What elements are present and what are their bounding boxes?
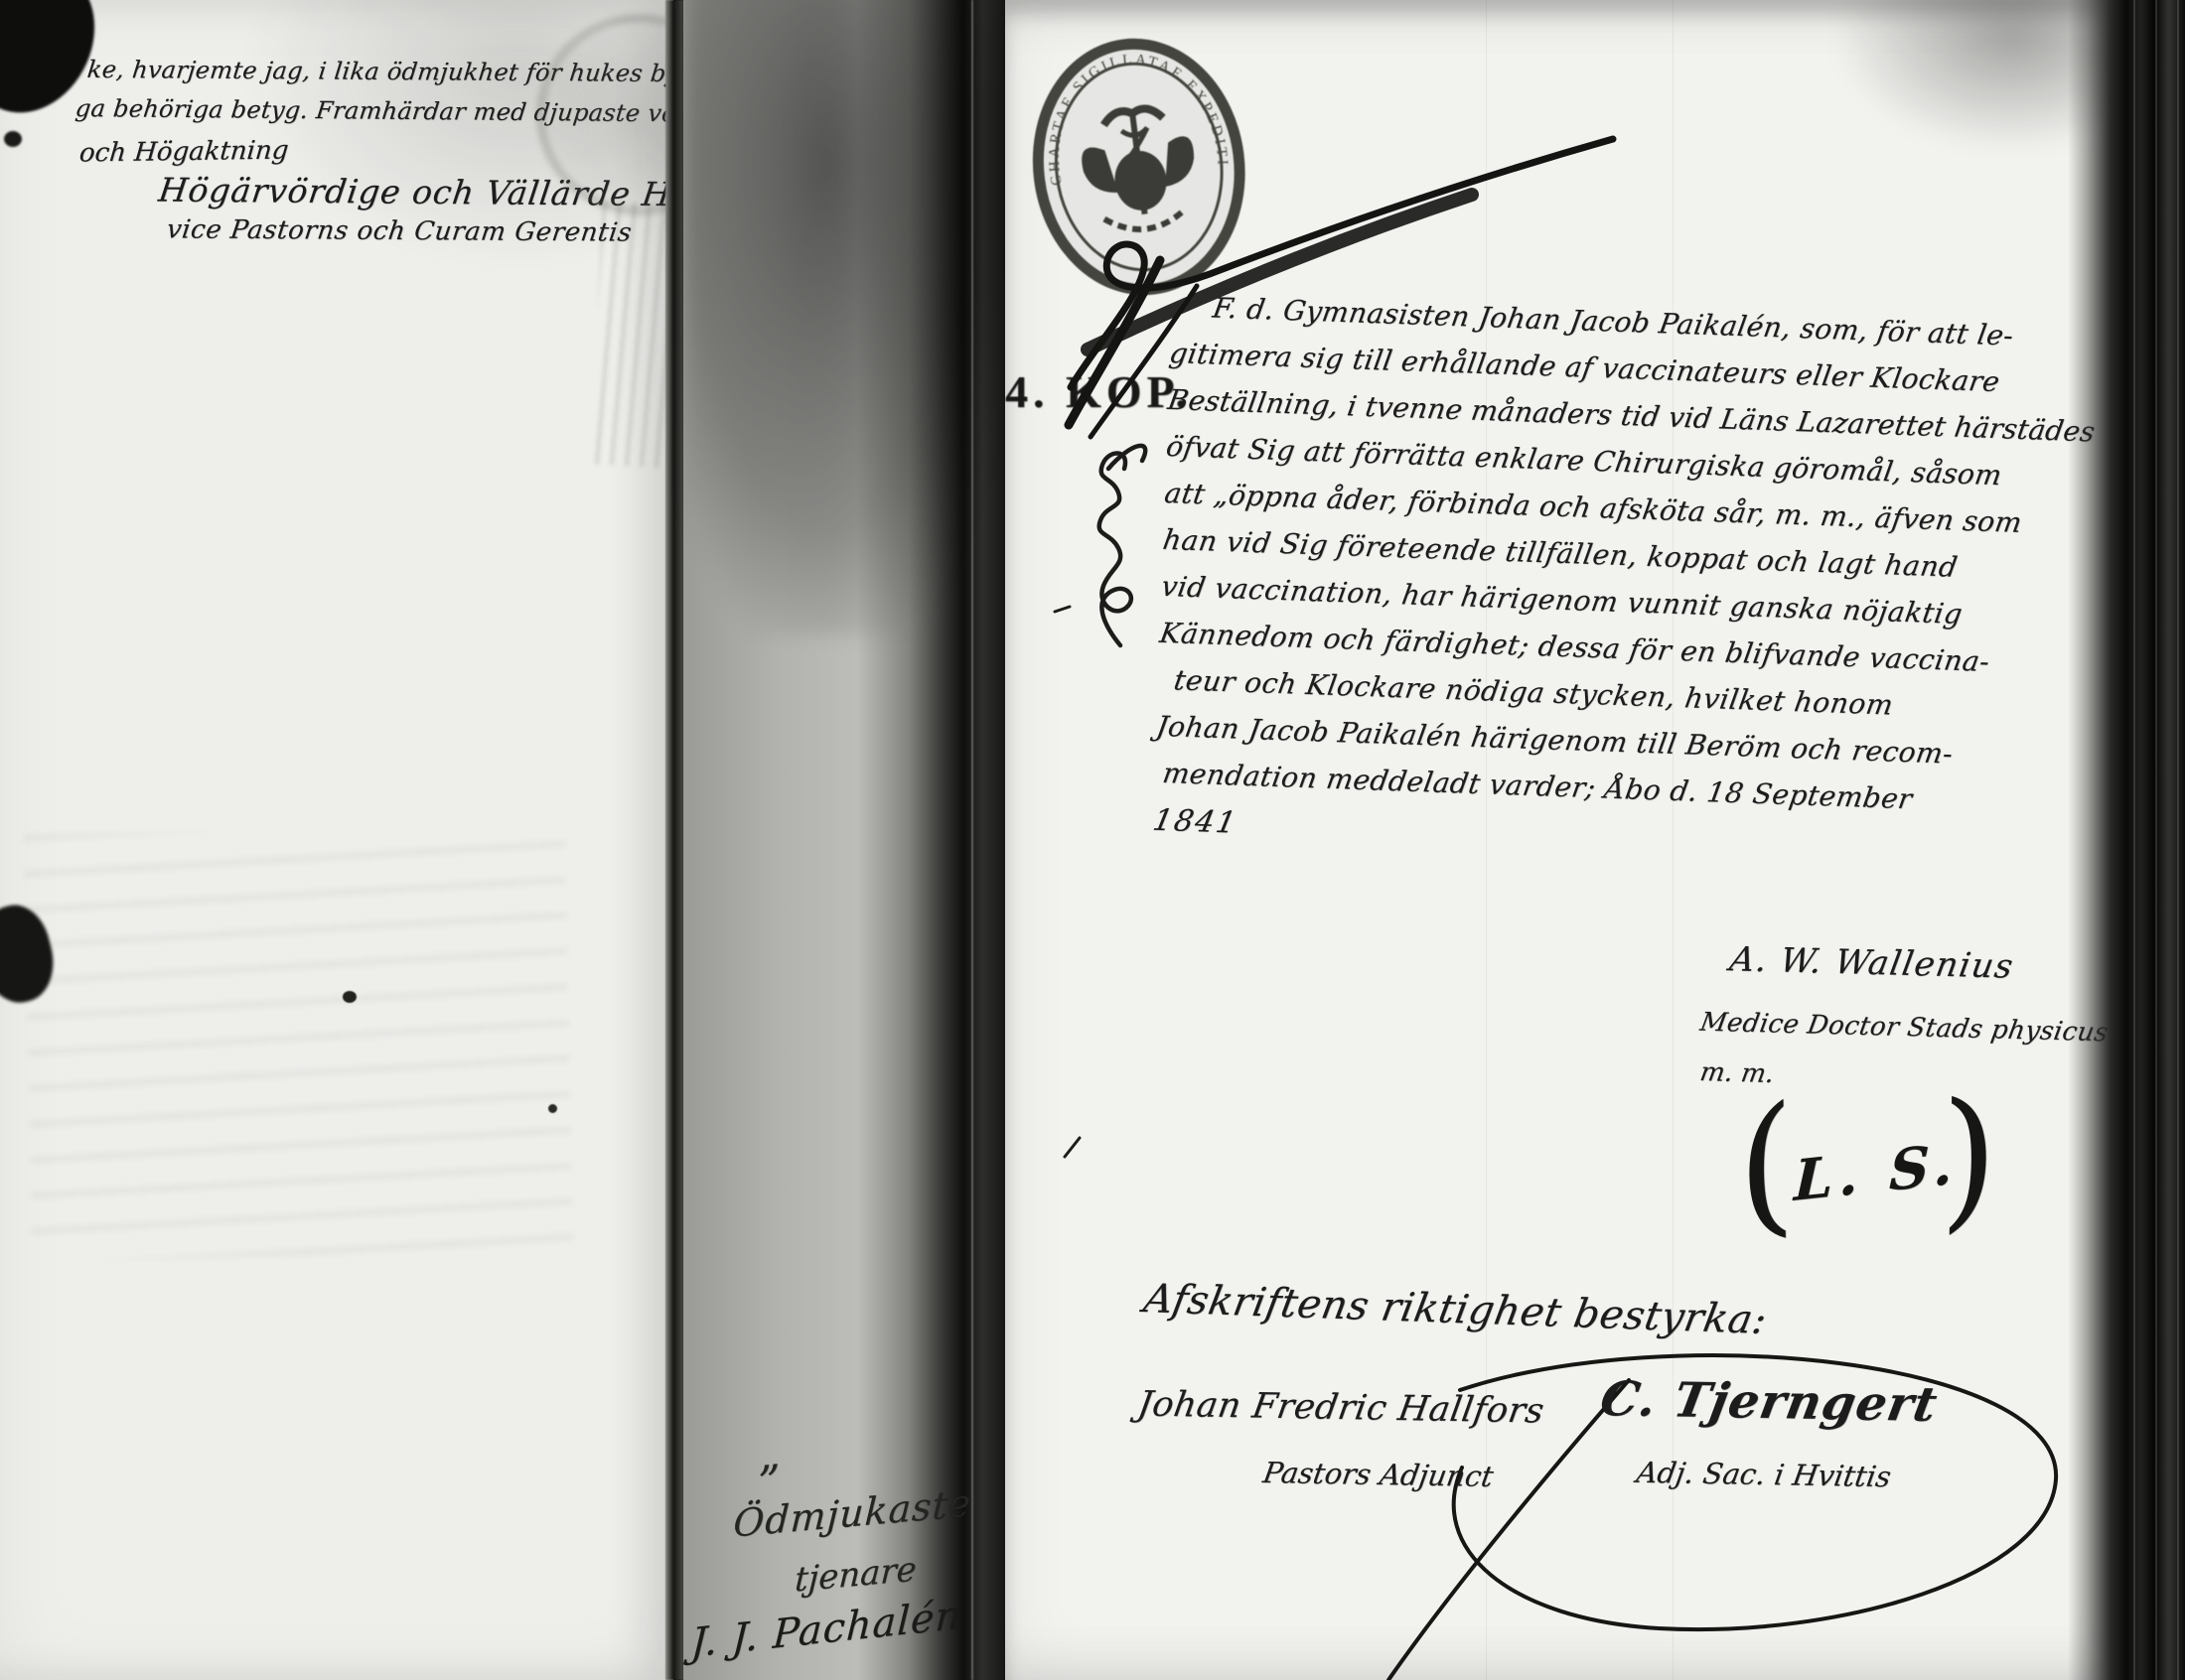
salutation-line: vice Pastorns och Curam Gerentis (165, 214, 634, 247)
certificate-body: F. d. Gymnasisten Johan Jacob Paikalén, … (1151, 290, 2144, 919)
official-stamp: CHARTAE SIGILLATAE EXPEDITIONEN (1015, 30, 1263, 318)
body-line-year: 1841 (1150, 803, 1240, 841)
body-line: teur och Klockare nödiga stycken, hvilke… (1172, 663, 1896, 721)
witness-signature: C. Tjerngert (1596, 1371, 1942, 1433)
ink-blot (4, 131, 22, 147)
document-scan: ke, hvarjemte jag, i lika ödmjukhet för … (0, 0, 2185, 1680)
handwritten-line: och Högaktning (78, 136, 290, 169)
stamp-denomination: 4. KOP. (1005, 365, 1192, 418)
salutation-line: Högärvördige och Vällärde Herr (156, 171, 728, 214)
scan-edge-band (2068, 0, 2185, 1680)
handwritten-line: ke, hvarjemte jag, i lika ödmjukhet för … (85, 56, 689, 87)
ink-speck (548, 1104, 557, 1113)
witness-title: Pastors Adjunct (1260, 1456, 1496, 1493)
witness-title: Adj. Sac. i Hvittis (1634, 1456, 1893, 1493)
ditto-mark: „ (754, 1429, 782, 1481)
page-edge-line (665, 0, 683, 1680)
physician-signature: A. W. Wallenius (1727, 939, 2017, 986)
ink-speck (343, 991, 357, 1003)
handwritten-line: ga behöriga betyg. Framhärdar med djupas… (73, 94, 751, 128)
left-page (0, 0, 673, 1680)
gutter (683, 0, 1005, 1680)
body-line-dateline: mendation meddeladt varder; Åbo d. 18 Se… (1160, 757, 1914, 815)
witness-signature: Johan Fredric Hallfors (1135, 1384, 1547, 1431)
